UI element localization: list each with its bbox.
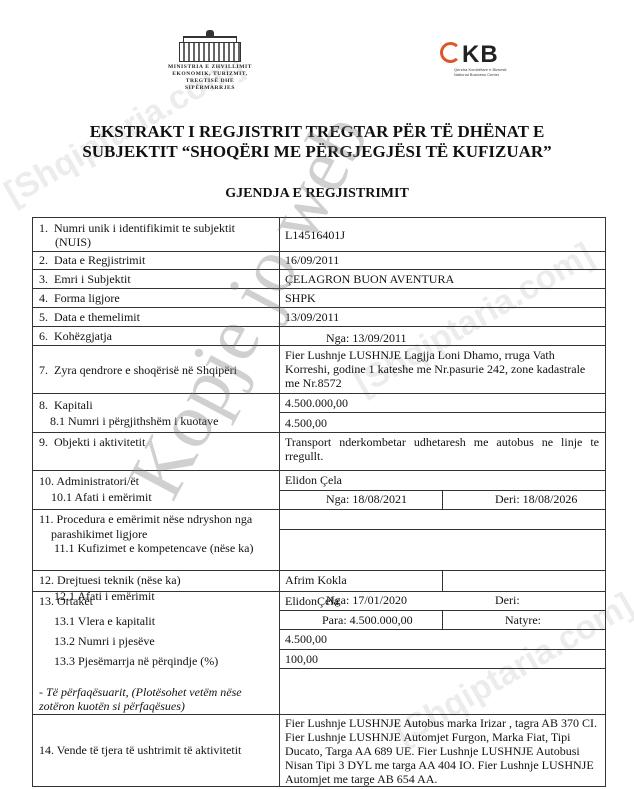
value-other-locations: Fier Lushnje LUSHNJE Autobus marka Iriza… <box>285 716 603 786</box>
row-label-activity: 9. Objekti i aktivitetit <box>39 435 145 449</box>
document-title: EKSTRAKT I REGJISTRIT TREGTAR PËR TË DHË… <box>0 122 634 162</box>
row-label-capital: 8. Kapitali <box>39 398 93 412</box>
okb-logo: KB Qendra Kombëtare e Biznesit National … <box>440 42 506 77</box>
row-label-partners: 13. Ortakët <box>39 594 93 608</box>
value-shares: 4.500,00 <box>285 632 327 646</box>
row-label-appointment-procedure: 11. Procedura e emërimit nëse ndryshon n… <box>39 512 252 526</box>
row-label-subject-name: 3. Emri i Subjektit <box>39 272 131 286</box>
value-admin-from: Nga: 18/08/2021 <box>326 492 407 506</box>
value-capital-nature: Natyre: <box>505 613 541 627</box>
row-label-admin-term: 10.1 Afati i emërimit <box>51 490 152 504</box>
row-label-percentage: 13.3 Pjesëmarrja në përqindje (%) <box>54 654 218 668</box>
title-line-2: SUBJEKTIT “SHOQËRI ME PËRGJEGJËSI TË KUF… <box>0 142 634 162</box>
okb-wordmark: KB <box>462 41 499 68</box>
ministry-line: TREGTISË DHE SIPËRMARRJES <box>160 78 260 92</box>
row-label-nuis-2: (NUIS) <box>55 235 91 249</box>
ministry-line: EKONOMIK, TURIZMIT, <box>160 71 260 78</box>
row-label-registration-date: 2. Data e Regjistrimit <box>39 253 145 267</box>
value-tech-to: Deri: <box>495 593 520 607</box>
value-registration-date: 16/09/2011 <box>285 253 339 267</box>
value-head-office: Fier Lushnje LUSHNJE Lagjja Loni Dhamo, … <box>285 348 590 390</box>
row-label-duration: 6. Kohëzgjatja <box>39 329 112 343</box>
value-admin-to: Deri: 18/08/2026 <box>495 492 577 506</box>
value-founding-date: 13/09/2011 <box>285 310 339 324</box>
registry-table: 1. Numri unik i identifikimit te subjekt… <box>32 217 606 787</box>
title-line-1: EKSTRAKT I REGJISTRIT TREGTAR PËR TË DHË… <box>0 122 634 142</box>
value-capital: 4.500.000,00 <box>285 396 348 410</box>
value-legal-form: SHPK <box>285 291 316 305</box>
row-label-shares: 13.2 Numri i pjesëve <box>54 634 155 648</box>
ministry-line: MINISTRIA E ZHVILLIMIT <box>160 64 260 71</box>
row-label-competence-limits: 11.1 Kufizimet e kompetencave (nëse ka) <box>54 541 253 555</box>
value-capital-money: Para: 4.500.000,00 <box>322 613 413 627</box>
value-technical-director: Afrim Kokla <box>285 573 347 587</box>
value-partner: ElidonÇela <box>285 594 339 608</box>
row-label-nuis: 1. Numri unik i identifikimit te subjekt… <box>39 221 235 235</box>
value-administrator: Elidon Çela <box>285 473 342 487</box>
row-label-legal-form: 4. Forma ligjore <box>39 291 120 305</box>
value-activity: Transport nderkombetar udhetaresh me aut… <box>285 435 599 463</box>
row-label-capital-value: 13.1 Vlera e kapitalit <box>54 614 155 628</box>
value-duration: Nga: 13/09/2011 <box>326 331 407 345</box>
value-nuis: L14516401J <box>285 228 345 242</box>
row-label-head-office: 7. Zyra qendrore e shoqërisë në Shqipëri <box>39 363 237 377</box>
value-percentage: 100,00 <box>285 652 318 666</box>
okb-o-icon <box>440 42 461 63</box>
row-label-other-locations: 14. Vende të tjera të ushtrimit të aktiv… <box>39 743 241 757</box>
row-label-founding-date: 5. Data e themelimit <box>39 310 140 324</box>
row-label-administrators: 10. Administratori/ët <box>39 474 139 488</box>
row-note-representatives: - Të përfaqësuarit, (Plotësohet vetëm në… <box>39 685 274 713</box>
ministry-building-icon <box>175 30 245 64</box>
row-label-total-quotas: 8.1 Numri i përgjithshëm i kuotave <box>50 414 218 428</box>
ministry-logo: MINISTRIA E ZHVILLIMIT EKONOMIK, TURIZMI… <box>160 30 260 100</box>
row-label-appointment-procedure-2: parashikimet ligjore <box>51 527 147 541</box>
okb-sub-line: National Business Center <box>454 72 506 77</box>
value-total-quotas: 4.500,00 <box>285 416 327 430</box>
value-subject-name: ÇELAGRON BUON AVENTURA <box>285 272 454 286</box>
row-label-technical-director: 12. Drejtuesi teknik (nëse ka) <box>39 573 181 587</box>
section-title: GJENDJA E REGJISTRIMIT <box>0 186 634 202</box>
